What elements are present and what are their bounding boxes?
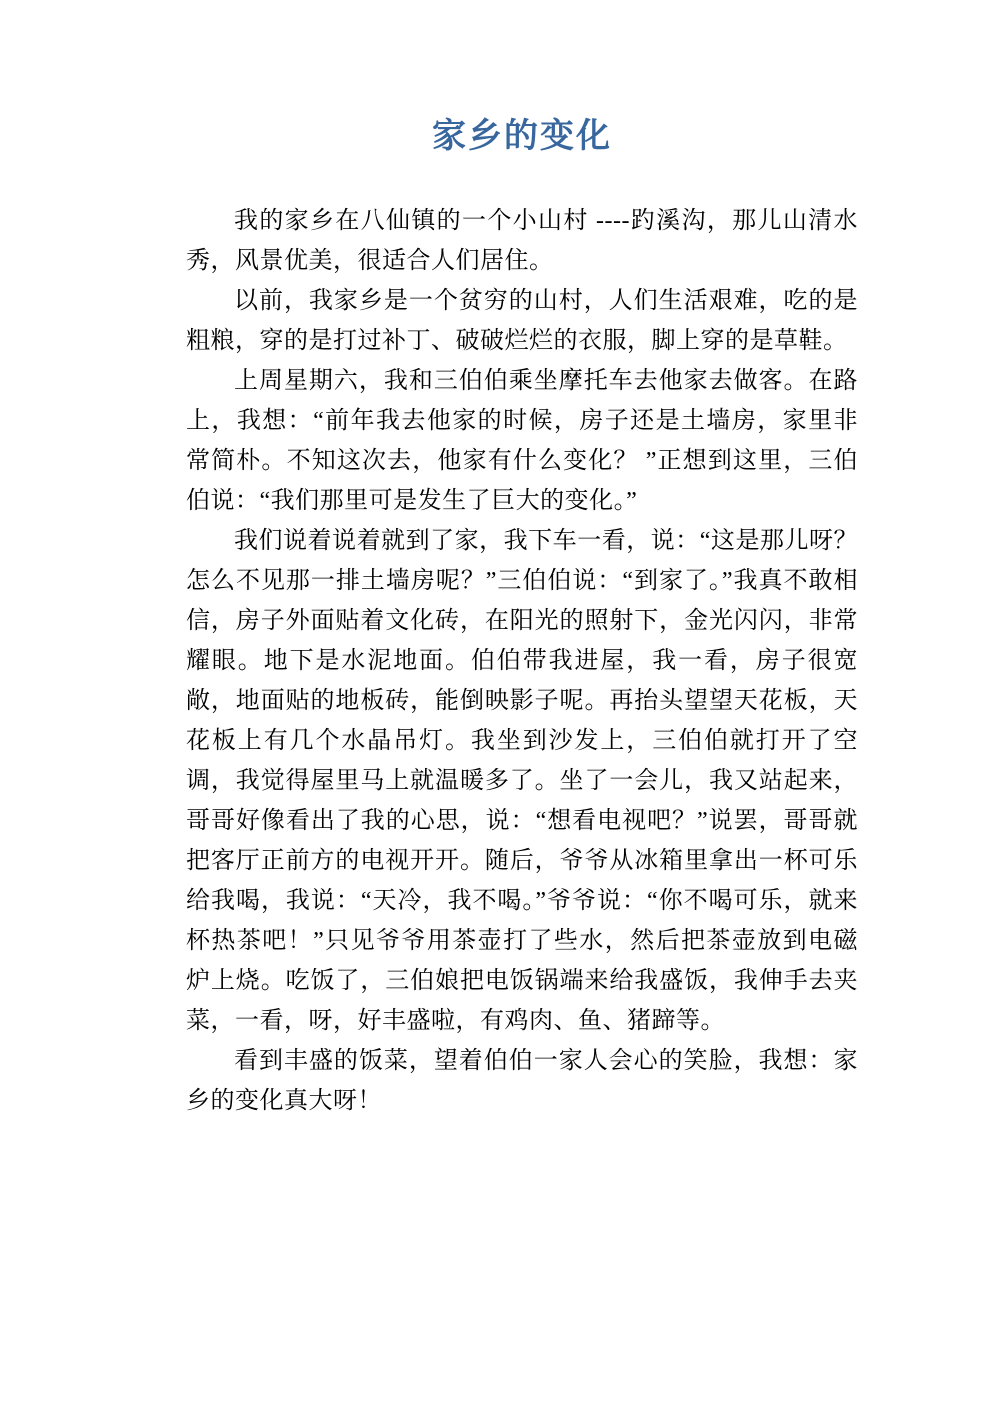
paragraph-intro: 我的家乡在八仙镇的一个小山村 ----趵溪沟，那儿山清水秀，风景优美，很适合人们… [186,201,858,281]
document-title: 家乡的变化 [186,108,858,157]
paragraph-trip: 上周星期六，我和三伯伯乘坐摩托车去他家去做客。在路上，我想：“前年我去他家的时候… [186,361,858,521]
paragraph-conclusion: 看到丰盛的饭菜，望着伯伯一家人会心的笑脸，我想：家乡的变化真大呀！ [186,1041,858,1121]
document-body: 我的家乡在八仙镇的一个小山村 ----趵溪沟，那儿山清水秀，风景优美，很适合人们… [186,201,858,1121]
paragraph-past-poverty: 以前，我家乡是一个贫穷的山村，人们生活艰难，吃的是粗粮，穿的是打过补丁、破破烂烂… [186,281,858,361]
document-page: 家乡的变化 我的家乡在八仙镇的一个小山村 ----趵溪沟，那儿山清水秀，风景优美… [0,0,993,1404]
paragraph-new-house: 我们说着说着就到了家，我下车一看，说：“这是那儿呀？怎么不见那一排土墙房呢？”三… [186,521,858,1041]
